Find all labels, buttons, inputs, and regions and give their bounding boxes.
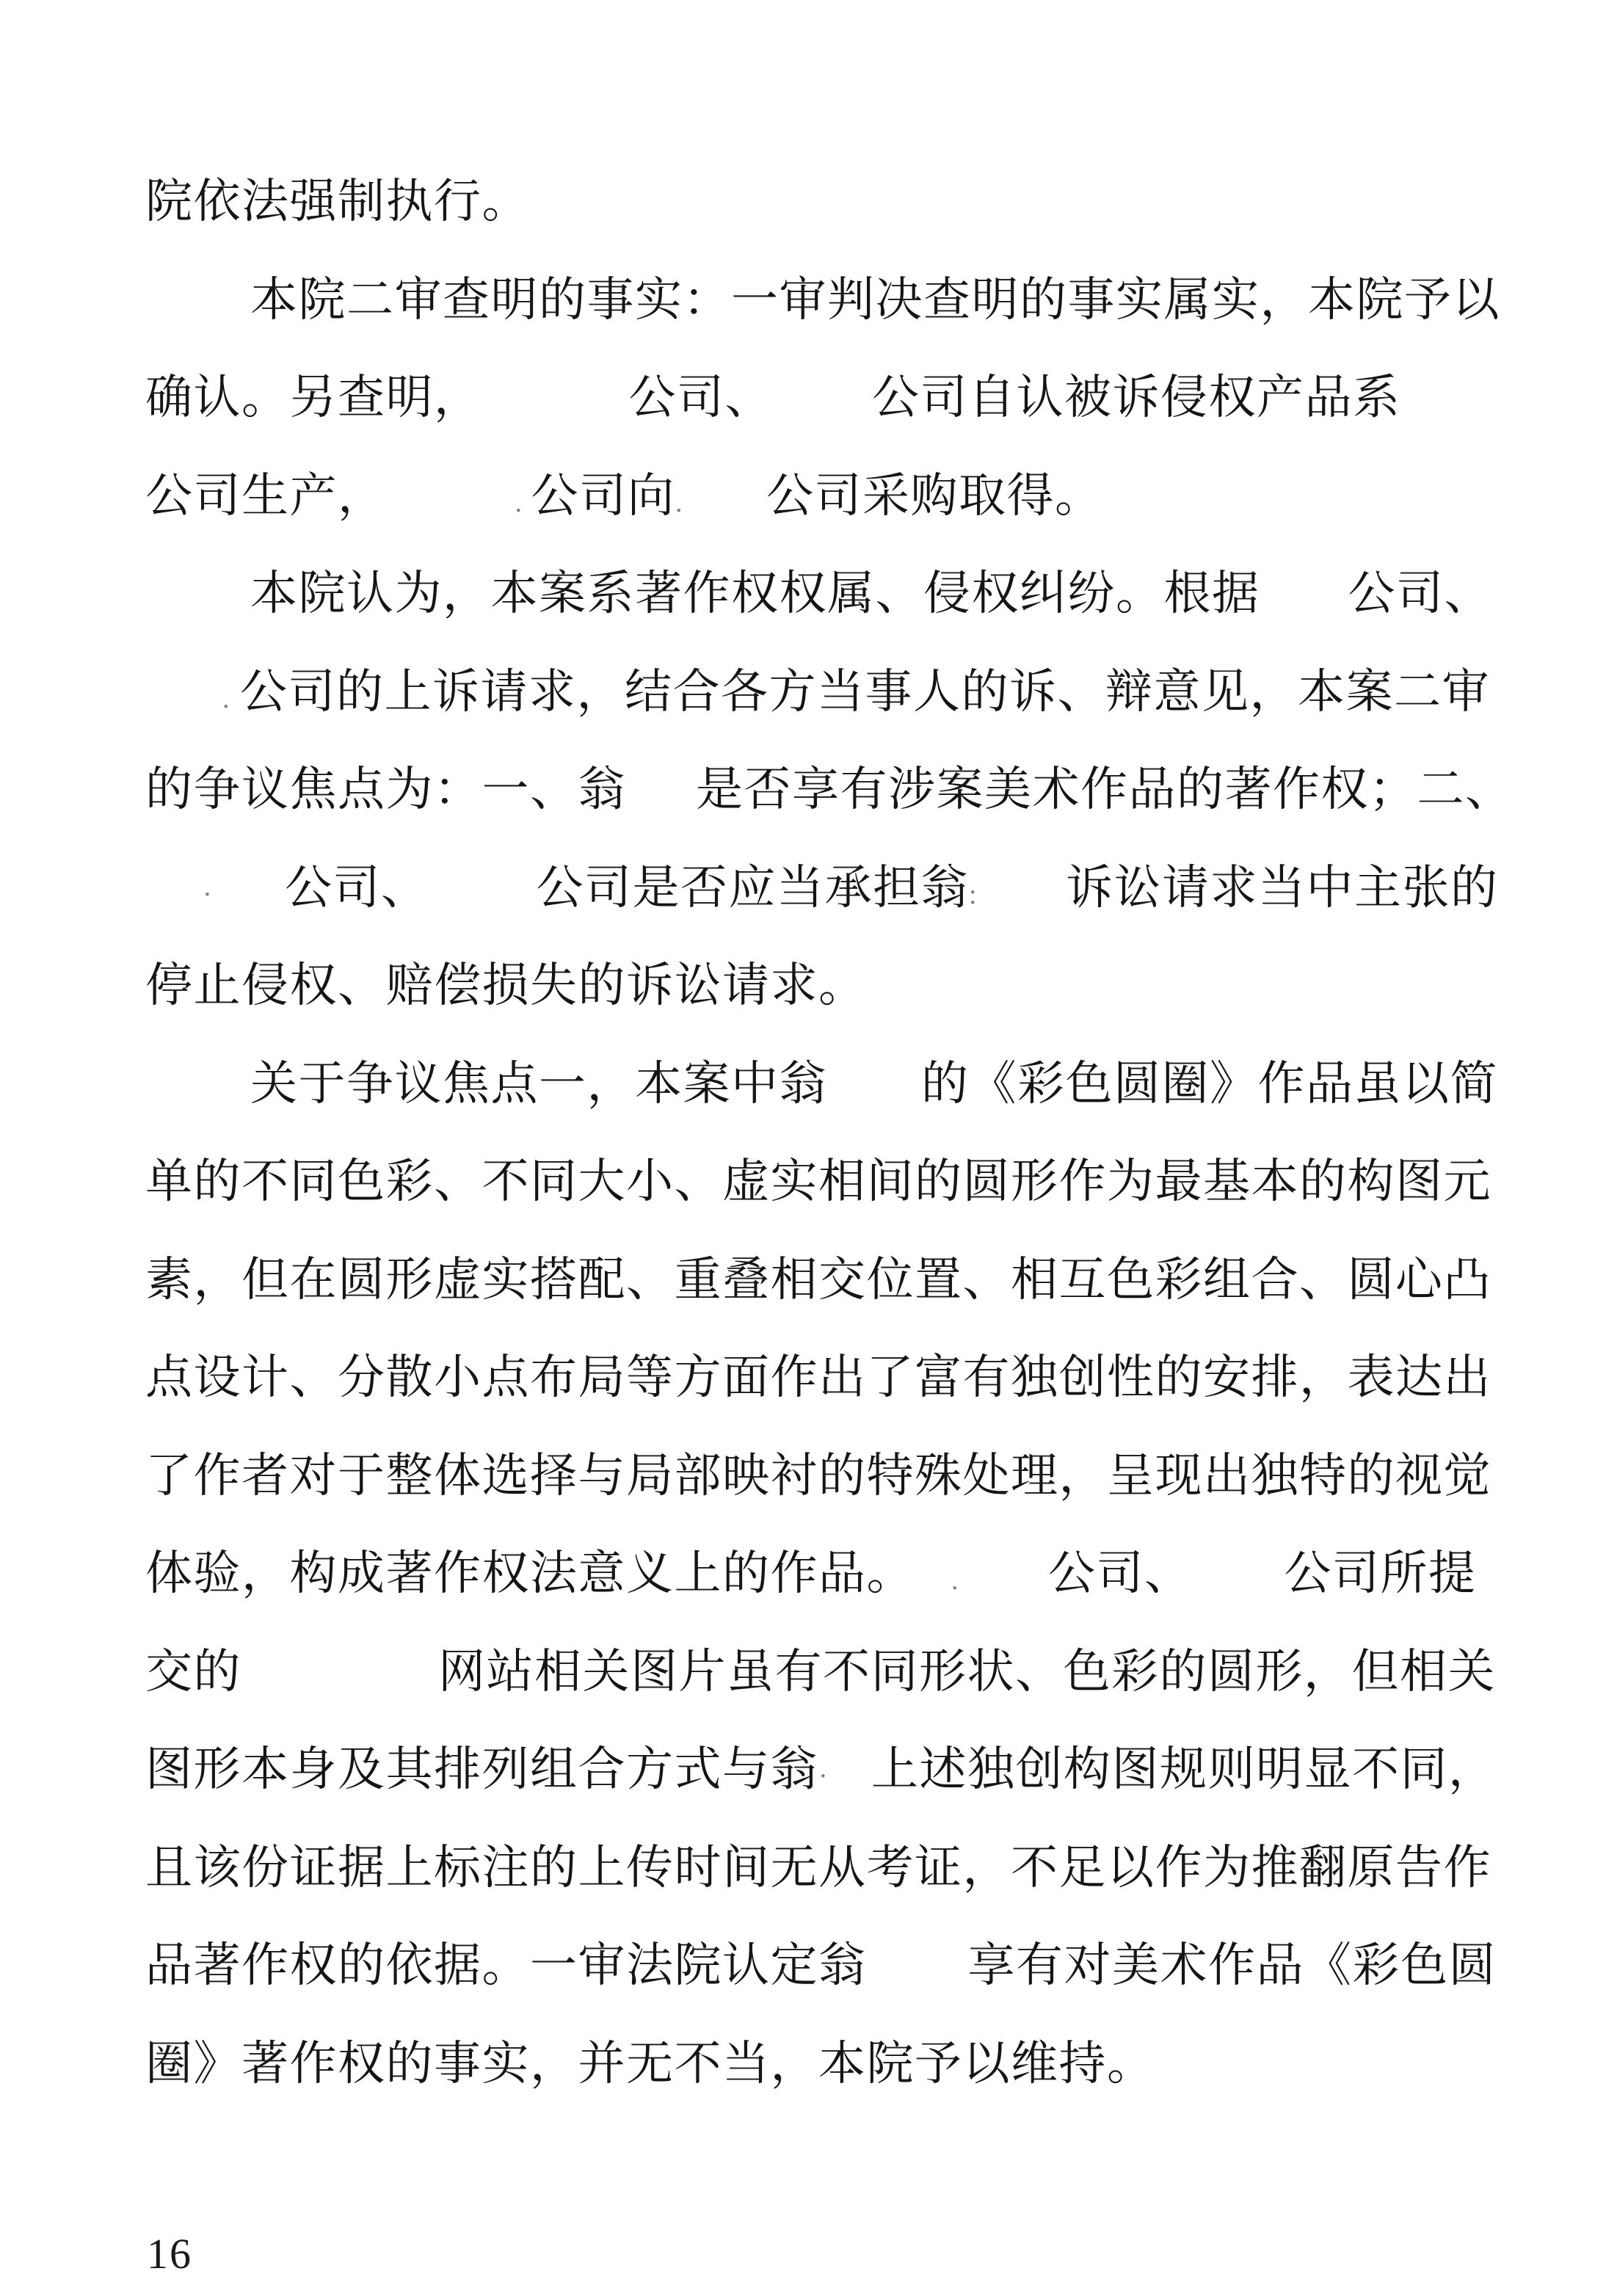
text-line-5: 本院认为，本案系著作权权属、侵权纠纷。根据公司、 xyxy=(145,567,1492,621)
text-segment: 公司生产， xyxy=(145,469,386,523)
text-segment: 确认。另查明， xyxy=(145,371,482,425)
text-segment: 交的 xyxy=(145,1645,241,1699)
redacted-gap xyxy=(213,896,285,904)
text-line-15: 体验，构成著作权法意义上的作品。.公司、公司所提 xyxy=(145,1547,1477,1601)
redacted-gap xyxy=(526,504,531,512)
text-segment: 素，但在圆形虚实搭配、重叠相交位置、相互色彩组合、圆心凸 xyxy=(145,1253,1491,1307)
page-number: 16 xyxy=(147,2230,192,2278)
text-line-20: 圈》著作权的事实，并无不当，本院予以维持。 xyxy=(145,2037,1155,2091)
redacted-gap xyxy=(773,406,872,413)
text-segment: 本院认为，本案系著作权权属、侵权纠纷。根据 xyxy=(250,567,1260,621)
text-segment: 体验，构成著作权法意义上的作品。 xyxy=(145,1547,915,1601)
redacted-gap xyxy=(827,1092,921,1100)
text-line-17: 图形本身及其排列组合方式与翁·上述独创构图规则明显不同， xyxy=(145,1743,1497,1797)
redaction-mark: . xyxy=(222,672,233,726)
redacted-gap xyxy=(1260,602,1348,609)
redacted-gap xyxy=(626,798,696,805)
text-segment: 是否享有涉案美术作品的著作权；二、 xyxy=(696,763,1514,817)
redacted-gap xyxy=(482,406,629,413)
text-segment: 公司、 xyxy=(285,861,429,915)
text-line-12: 素，但在圆形虚实搭配、重叠相交位置、相互色彩组合、圆心凸 xyxy=(145,1253,1491,1307)
text-line-18: 且该份证据上标注的上传时间无从考证，不足以作为推翻原告作 xyxy=(145,1841,1491,1895)
text-line-8: ·公司、公司是否应当承担翁:诉讼请求当中主张的 xyxy=(145,861,1499,915)
text-segment: 了作者对于整体选择与局部映衬的特殊处理，呈现出独特的视觉 xyxy=(145,1449,1491,1503)
text-line-7: 的争议焦点为：一、翁是否享有涉案美术作品的著作权；二、 xyxy=(145,763,1514,817)
text-segment: 的《彩色圆圈》作品虽以简 xyxy=(921,1057,1498,1111)
text-line-4: 公司生产，.公司向.公司采购取得。 xyxy=(145,469,1103,523)
redacted-gap xyxy=(979,896,1066,904)
text-segment: 图形本身及其排列组合方式与翁 xyxy=(145,1743,818,1797)
text-segment: 圈》著作权的事实，并无不当，本院予以维持。 xyxy=(145,2037,1155,2091)
redacted-gap xyxy=(915,1582,951,1589)
document-page: 院依法强制执行。本院二审查明的事实：一审判决查明的事实属实，本院予以确认。另查明… xyxy=(0,0,1606,2296)
redacted-gap xyxy=(429,896,537,904)
redacted-gap xyxy=(1193,1582,1285,1589)
text-segment: 公司自认被诉侵权产品系 xyxy=(872,371,1401,425)
text-segment: 院依法强制执行。 xyxy=(145,175,530,229)
text-line-13: 点设计、分散小点布局等方面作出了富有独创性的安排，表达出 xyxy=(145,1351,1491,1405)
text-segment: 公司、 xyxy=(1048,1547,1193,1601)
text-segment: 公司向 xyxy=(531,469,676,523)
text-segment: 本院二审查明的事实：一审判决查明的事实属实，本院予以 xyxy=(250,273,1500,327)
redacted-gap xyxy=(145,896,203,904)
redaction-mark: · xyxy=(203,868,213,922)
redacted-gap xyxy=(829,1778,871,1785)
redacted-gap xyxy=(686,504,766,512)
redaction-mark: . xyxy=(951,1553,962,1607)
text-segment: 享有对美术作品《彩色圆 xyxy=(968,1939,1497,1993)
redaction-mark: : xyxy=(969,868,979,922)
text-segment: 关于争议焦点一，本案中翁 xyxy=(250,1057,827,1111)
text-segment: 公司、 xyxy=(1348,567,1493,621)
text-line-3: 确认。另查明，公司、公司自认被诉侵权产品系 xyxy=(145,371,1401,425)
text-segment: 公司所提 xyxy=(1285,1547,1477,1601)
text-segment: 上述独创构图规则明显不同， xyxy=(871,1743,1497,1797)
redaction-mark: · xyxy=(818,1749,829,1803)
text-line-2: 本院二审查明的事实：一审判决查明的事实属实，本院予以 xyxy=(145,273,1500,327)
redaction-mark: . xyxy=(515,476,526,530)
text-segment: 且该份证据上标注的上传时间无从考证，不足以作为推翻原告作 xyxy=(145,1841,1491,1895)
text-line-1: 院依法强制执行。 xyxy=(145,175,530,229)
judgment-body-text: 院依法强制执行。本院二审查明的事实：一审判决查明的事实属实，本院予以确认。另查明… xyxy=(0,0,1606,2296)
text-segment: 公司的上诉请求，结合各方当事人的诉、辩意见，本案二审 xyxy=(240,665,1490,719)
text-segment: 的争议焦点为：一、翁 xyxy=(145,763,626,817)
text-segment: 单的不同色彩、不同大小、虚实相间的圆形作为最基本的构图元 xyxy=(145,1155,1491,1209)
text-segment: 公司采购取得。 xyxy=(766,469,1103,523)
text-segment: 品著作权的依据。一审法院认定翁 xyxy=(145,1939,867,1993)
text-line-11: 单的不同色彩、不同大小、虚实相间的圆形作为最基本的构图元 xyxy=(145,1155,1491,1209)
redacted-gap xyxy=(867,1974,968,1981)
redacted-gap xyxy=(386,504,515,512)
text-line-16: 交的网站相关图片虽有不同形状、色彩的圆形，但相关 xyxy=(145,1645,1496,1699)
text-segment: 点设计、分散小点布局等方面作出了富有独创性的安排，表达出 xyxy=(145,1351,1491,1405)
redacted-gap xyxy=(962,1582,1048,1589)
text-line-6: .公司的上诉请求，结合各方当事人的诉、辩意见，本案二审 xyxy=(145,665,1490,719)
text-segment: 诉讼请求当中主张的 xyxy=(1066,861,1499,915)
redacted-gap xyxy=(233,700,240,708)
text-line-10: 关于争议焦点一，本案中翁的《彩色圆圈》作品虽以简 xyxy=(145,1057,1498,1111)
text-line-19: 品著作权的依据。一审法院认定翁享有对美术作品《彩色圆 xyxy=(145,1939,1497,1993)
text-segment: 网站相关图片虽有不同形状、色彩的圆形，但相关 xyxy=(438,1645,1496,1699)
redacted-gap xyxy=(241,1680,438,1688)
text-segment: 停止侵权、赔偿损失的诉讼请求。 xyxy=(145,959,867,1013)
text-line-14: 了作者对于整体选择与局部映衬的特殊处理，呈现出独特的视觉 xyxy=(145,1449,1491,1503)
redaction-mark: . xyxy=(675,476,686,530)
text-line-9: 停止侵权、赔偿损失的诉讼请求。 xyxy=(145,959,867,1013)
text-segment: 公司、 xyxy=(629,371,774,425)
redacted-gap xyxy=(145,700,222,708)
text-segment: 公司是否应当承担翁 xyxy=(537,861,970,915)
